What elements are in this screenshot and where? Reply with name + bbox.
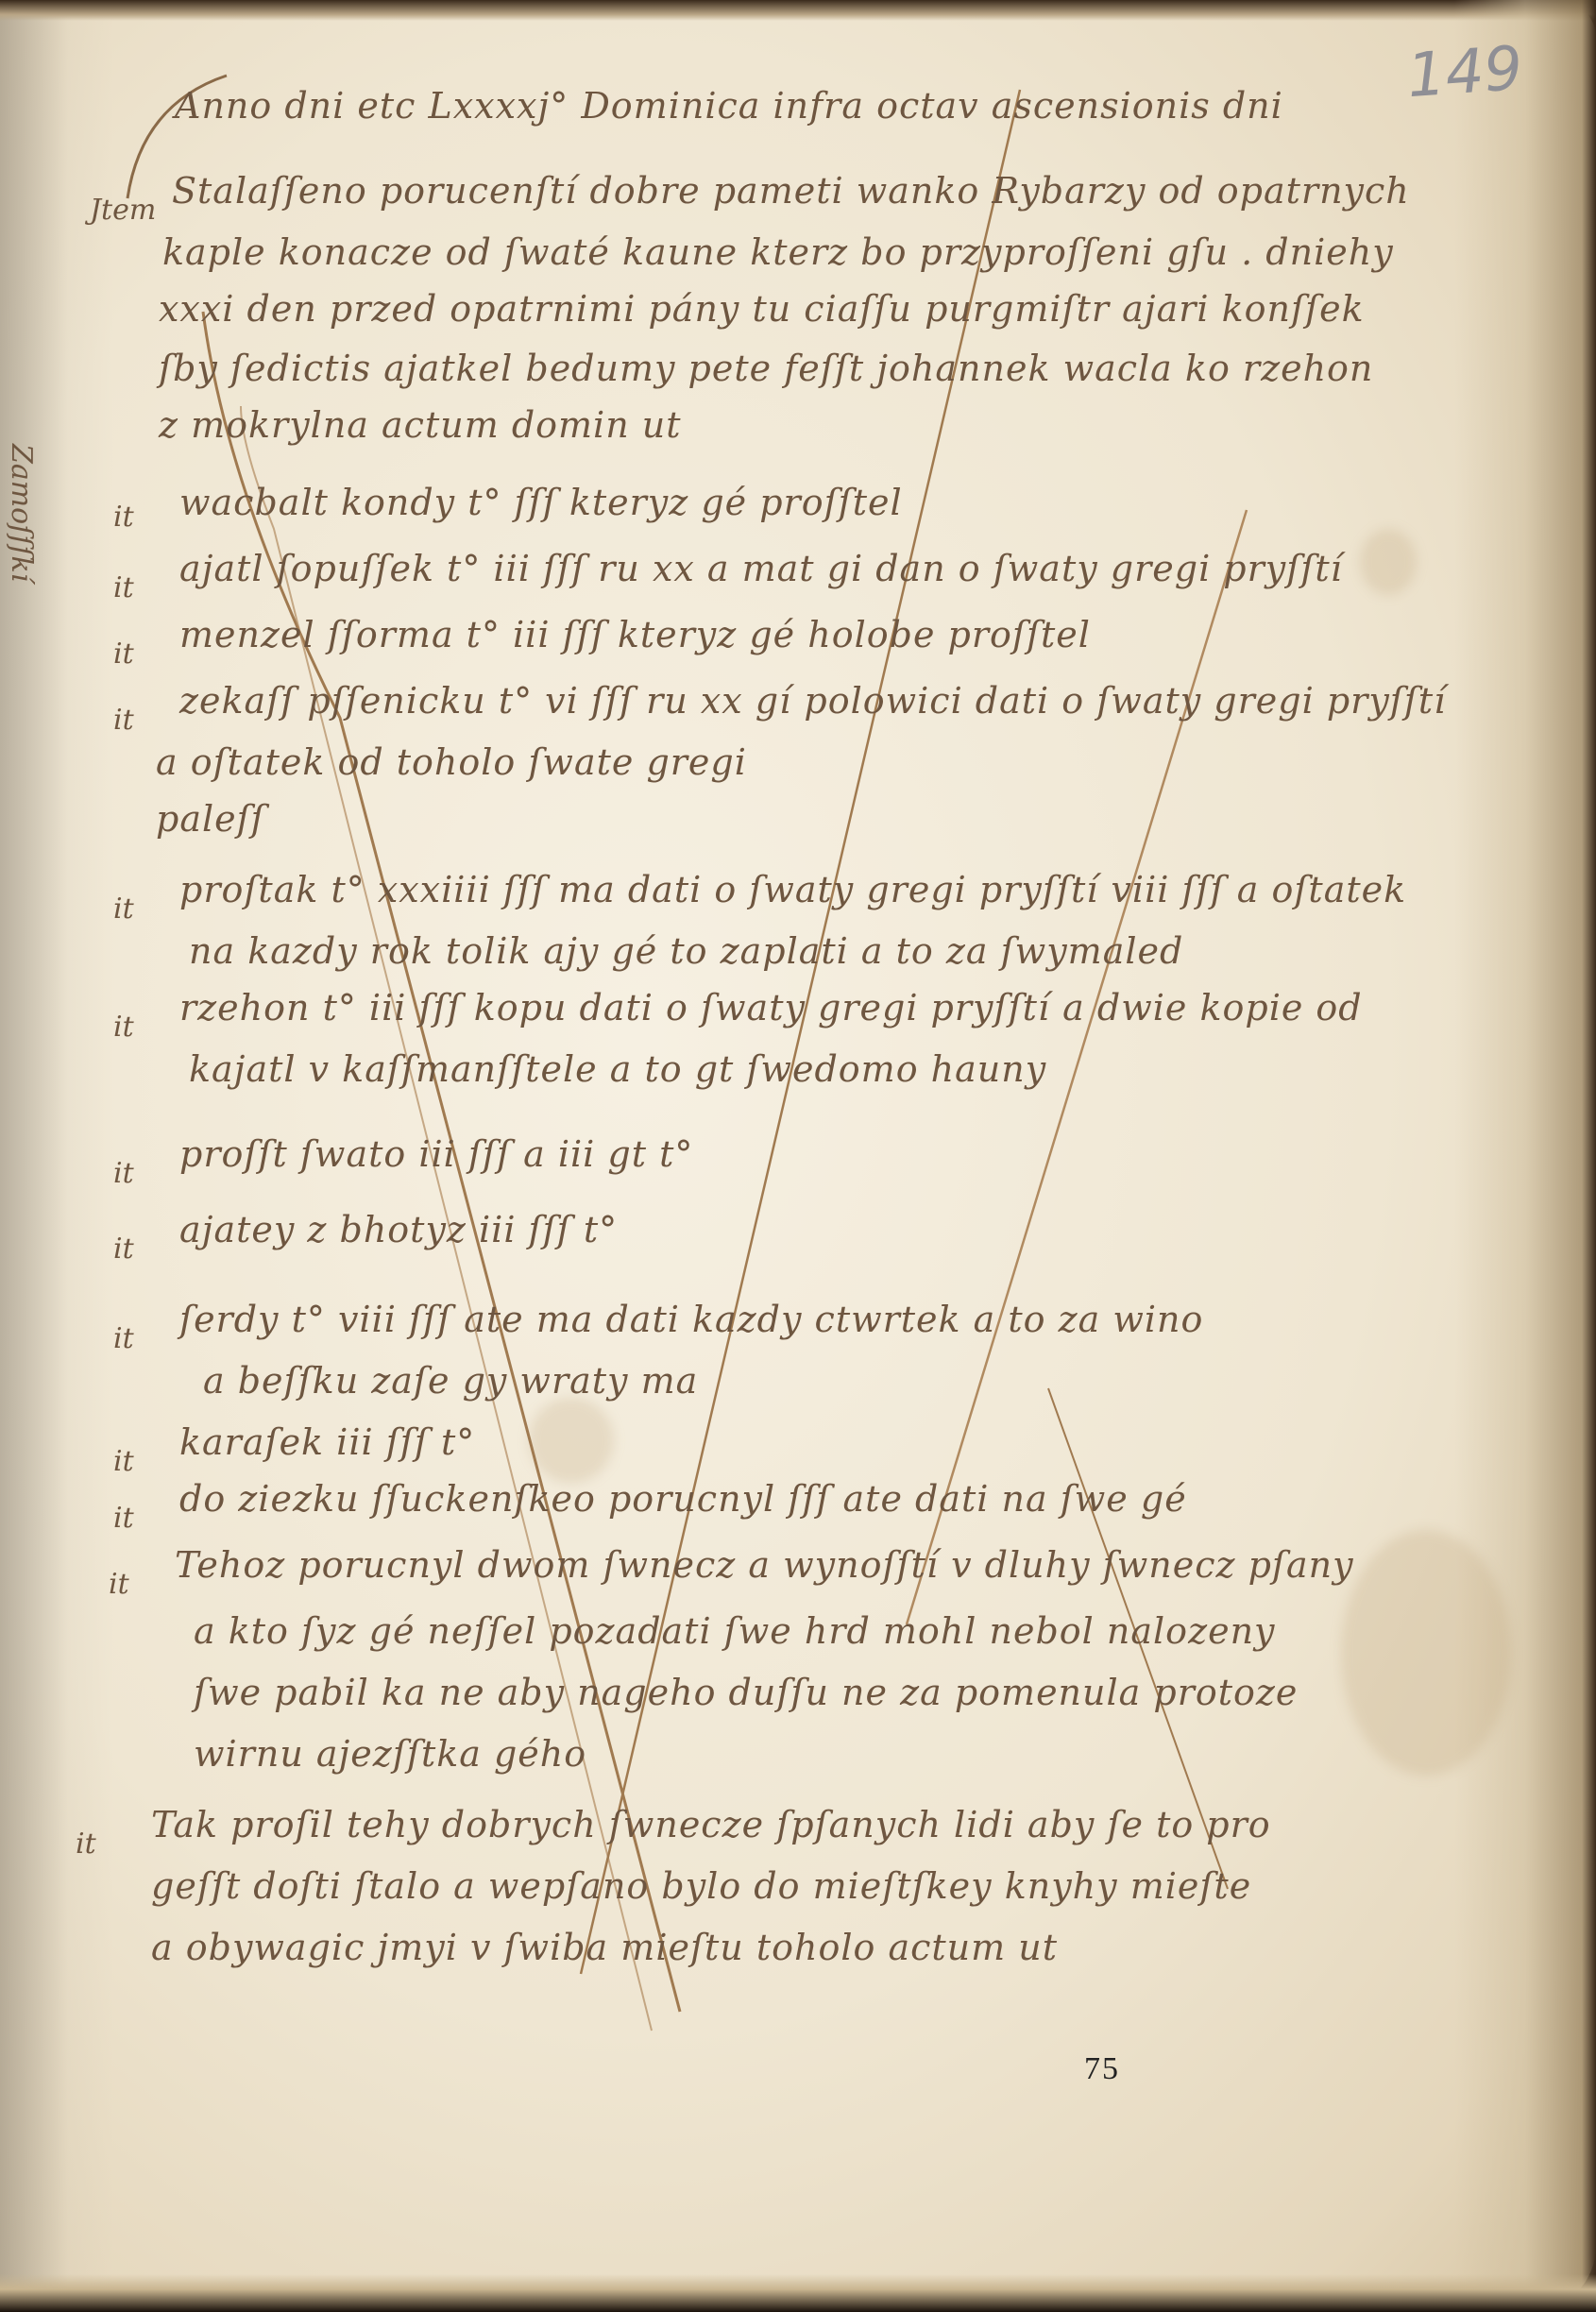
text-line: ajatl ſopuſſek t° iii ſſſ ru xx a mat gi… xyxy=(179,548,1343,589)
manuscript-page: 149 75 Zamoſſſkí Anno dni etc Lxxxxj° Do… xyxy=(0,0,1596,2312)
item-marker: it xyxy=(113,637,134,671)
text-line: a beſſku zaſe gy wraty ma xyxy=(203,1360,698,1402)
item-marker: it xyxy=(109,1568,129,1601)
stamp-number: 75 xyxy=(1084,2051,1120,2087)
item-marker: it xyxy=(113,1232,134,1266)
text-line: a obywagic jmyi v ſwiba mieſtu toholo ac… xyxy=(151,1927,1058,1968)
text-line: karaſek iii ſſſ t° xyxy=(179,1421,475,1463)
text-line: Tak proſil tehy dobrych ſwnecze ſpſanych… xyxy=(151,1804,1271,1845)
text-line: z mokrylna actum domin ut xyxy=(159,404,682,446)
item-marker: it xyxy=(76,1827,96,1861)
text-line: do ziezku ſſuckenſkeo porucnyl ſſſ ate d… xyxy=(179,1478,1187,1520)
text-line: wirnu ajezſſtka gého xyxy=(194,1733,586,1775)
item-marker: it xyxy=(113,1322,134,1355)
folio-number: 149 xyxy=(1405,34,1525,111)
entry-marker: Jtem xyxy=(90,194,156,227)
text-line: zekaſſ pſſenicku t° vi ſſſ ru xx gí polo… xyxy=(179,680,1446,722)
text-line: na kazdy rok tolik ajy gé to zaplati a t… xyxy=(189,930,1183,972)
item-marker: it xyxy=(113,1445,134,1478)
item-marker: it xyxy=(113,1157,134,1190)
text-line: Tehoz porucnyl dwom ſwnecz a wynoſſtí v … xyxy=(175,1544,1354,1586)
water-stain xyxy=(1341,1530,1511,1776)
text-line: kaple konacze od ſwaté kaune kterz bo pr… xyxy=(162,231,1394,273)
item-marker: it xyxy=(113,571,134,604)
ink-stain xyxy=(1360,529,1417,595)
page-bottom-edge xyxy=(0,2274,1596,2312)
text-line: ſby ſedictis ajatkel bedumy pete feſſt j… xyxy=(159,348,1373,389)
text-line: xxxi den przed opatrnimi pány tu ciaſſu … xyxy=(159,288,1365,330)
text-line: rzehon t° iii ſſſ kopu dati o ſwaty greg… xyxy=(179,987,1363,1028)
page-right-edge xyxy=(1454,0,1596,2312)
text-line: wacbalt kondy t° ſſſ kteryz gé proſſtel xyxy=(179,482,903,523)
item-marker: it xyxy=(113,892,134,926)
text-line: paleſſ xyxy=(156,798,265,840)
text-line: ſwe pabil ka ne aby nageho duſſu ne za p… xyxy=(194,1672,1298,1713)
water-stain xyxy=(529,1398,614,1483)
text-line: a oſtatek od toholo ſwate gregi xyxy=(156,741,747,783)
item-marker: it xyxy=(113,1011,134,1044)
text-line: proſtak t° xxxiiii ſſſ ma dati o ſwaty g… xyxy=(179,869,1406,910)
text-line: menzel ſſorma t° iii ſſſ kteryz gé holob… xyxy=(179,614,1091,655)
text-line: proſſt ſwato iii ſſſ a iii gt t° xyxy=(179,1133,693,1175)
text-line: a kto ſyz gé neſſel pozadati ſwe hrd moh… xyxy=(194,1610,1276,1652)
item-marker: it xyxy=(113,704,134,737)
item-marker: it xyxy=(113,501,134,534)
binding-shadow xyxy=(0,0,113,2312)
text-line: ajatey z bhotyz iii ſſſ t° xyxy=(179,1209,618,1250)
item-marker: it xyxy=(113,1502,134,1535)
heading-line: Anno dni etc Lxxxxj° Dominica infra octa… xyxy=(175,85,1283,127)
text-line: kajatl v kaſſmanſſtele a to gt ſwedomo h… xyxy=(189,1048,1046,1090)
margin-note: Zamoſſſkí xyxy=(5,444,38,582)
page-top-edge xyxy=(0,0,1596,21)
text-line: ſerdy t° viii ſſſ ate ma dati kazdy ctwr… xyxy=(179,1299,1203,1340)
text-line: geſſt doſti ſtalo a wepſano bylo do mieſ… xyxy=(151,1865,1251,1907)
text-line: Stalaſſeno porucenſtí dobre pameti wanko… xyxy=(172,170,1410,212)
